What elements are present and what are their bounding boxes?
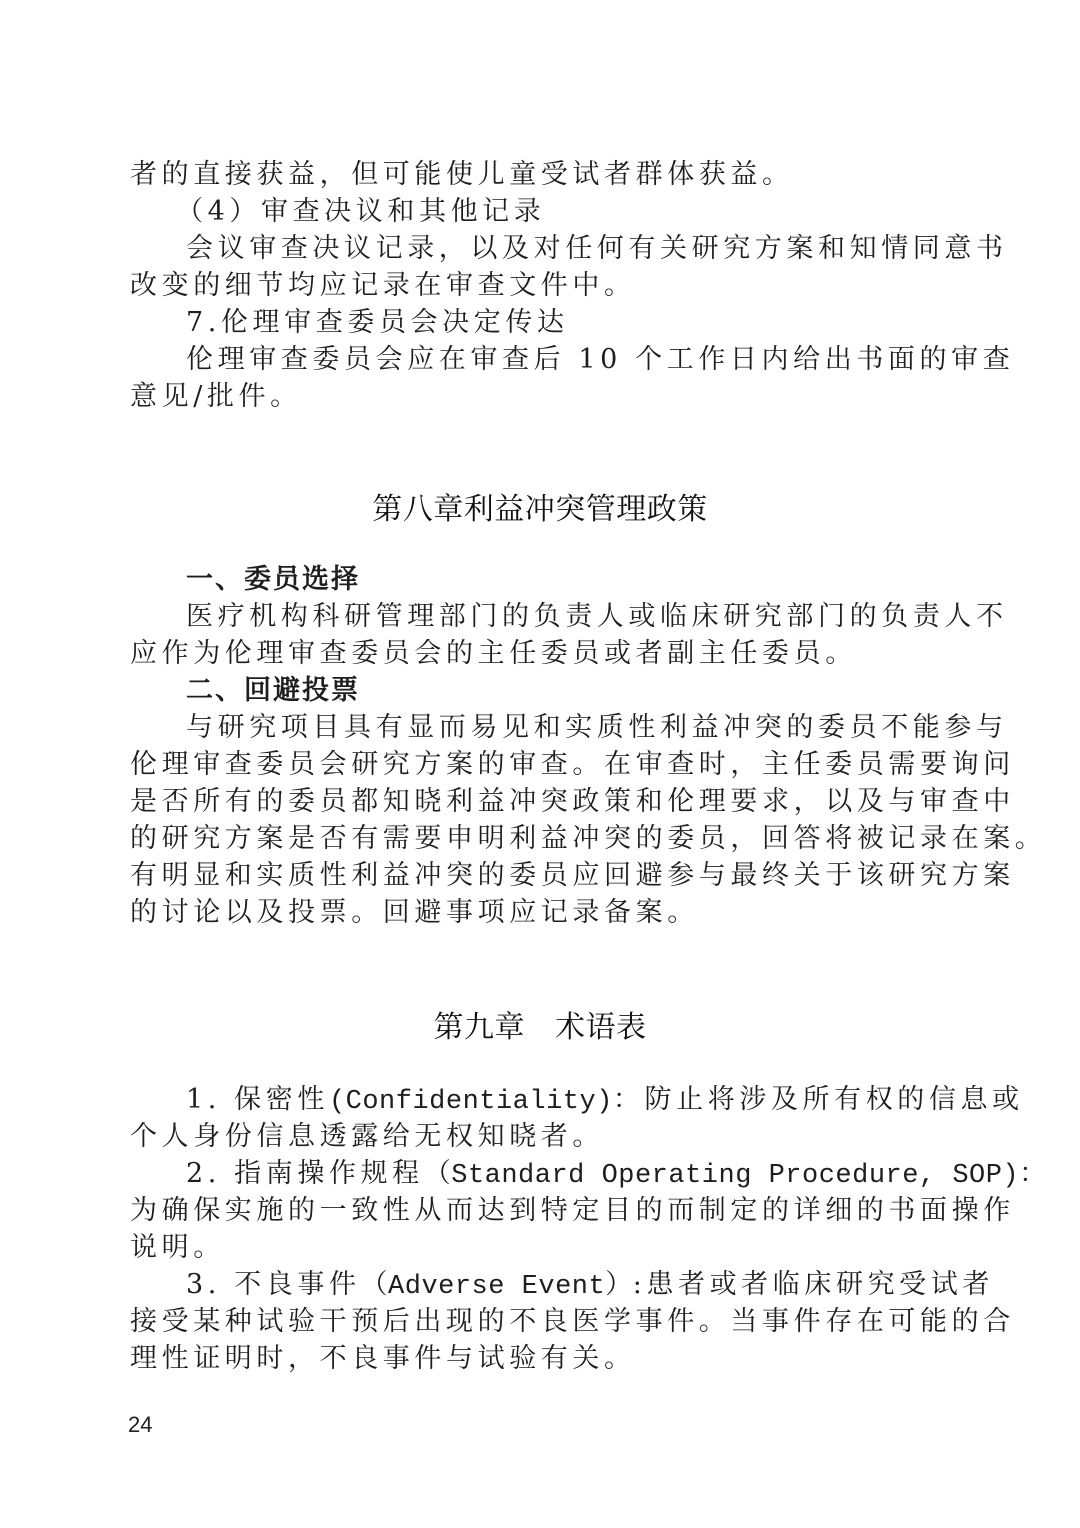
paragraph-line: 接受某种试验干预后出现的不良医学事件。当事件存在可能的合 (130, 1304, 952, 1340)
paragraph-line: 会议审查决议记录，以及对任何有关研究方案和知情同意书 (186, 231, 952, 267)
term-definition: ： (1019, 1158, 1051, 1189)
paragraph-line: 应作为伦理审查委员会的主任委员或者副主任委员。 (130, 636, 952, 672)
glossary-term-1: 1. 保密性(Confidentiality)：防止将涉及所有权的信息或 (186, 1082, 952, 1120)
term-label: 2. 指南操作规程 (186, 1158, 424, 1189)
section-heading: 一、委员选择 (186, 562, 952, 598)
paragraph-line: 有明显和实质性利益冲突的委员应回避参与最终关于该研究方案 (130, 858, 952, 894)
paragraph-line: 说明。 (130, 1230, 952, 1266)
term-english: （Standard Operating Procedure, SOP) (424, 1161, 1019, 1191)
glossary-term-3: 3. 不良事件（Adverse Event）:患者或者临床研究受试者 (186, 1267, 952, 1305)
paragraph-line: 的讨论以及投票。回避事项应记录备案。 (130, 895, 952, 931)
subsection-heading: （4）审查决议和其他记录 (176, 194, 942, 230)
term-english: （Adverse Event） (361, 1272, 633, 1302)
paragraph-line: 理性证明时，不良事件与试验有关。 (130, 1341, 952, 1377)
paragraph-line: 者的直接获益，但可能使儿童受试者群体获益。 (130, 157, 952, 193)
chapter-title-number: 第九章 (434, 1010, 526, 1045)
term-label: 3. 不良事件 (186, 1269, 361, 1300)
page-number: 24 (128, 1410, 152, 1440)
term-definition: ：防止将涉及所有权的信息或 (613, 1084, 1024, 1115)
term-definition: :患者或者临床研究受试者 (633, 1269, 994, 1300)
section-heading: 7.伦理审查委员会决定传达 (186, 305, 952, 341)
paragraph-line: 伦理审查委员会研究方案的审查。在审查时，主任委员需要询问 (130, 747, 952, 783)
paragraph-line: 伦理审查委员会应在审查后 10 个工作日内给出书面的审查 (186, 342, 952, 378)
document-page: 者的直接获益，但可能使儿童受试者群体获益。 （4）审查决议和其他记录 会议审查决… (0, 0, 1080, 1528)
paragraph-line: 是否所有的委员都知晓利益冲突政策和伦理要求，以及与审查中 (130, 784, 952, 820)
paragraph-line: 与研究项目具有显而易见和实质性利益冲突的委员不能参与 (186, 710, 952, 746)
paragraph-line: 意见/批件。 (130, 379, 952, 415)
paragraph-line: 的研究方案是否有需要申明利益冲突的委员，回答将被记录在案。 (130, 821, 952, 857)
paragraph-line: 改变的细节均应记录在审查文件中。 (130, 268, 952, 304)
paragraph-line: 个人身份信息透露给无权知晓者。 (130, 1119, 952, 1155)
section-heading: 二、回避投票 (186, 673, 952, 709)
chapter-title: 第九章术语表 (0, 1008, 1080, 1048)
paragraph-line: 医疗机构科研管理部门的负责人或临床研究部门的负责人不 (186, 599, 952, 635)
glossary-term-2: 2. 指南操作规程（Standard Operating Procedure, … (186, 1156, 952, 1194)
chapter-title-text: 术语表 (555, 1010, 647, 1045)
term-english: (Confidentiality) (329, 1087, 613, 1117)
chapter-title: 第八章利益冲突管理政策 (0, 490, 1080, 530)
term-label: 1. 保密性 (186, 1084, 329, 1115)
paragraph-line: 为确保实施的一致性从而达到特定目的而制定的详细的书面操作 (130, 1193, 952, 1229)
